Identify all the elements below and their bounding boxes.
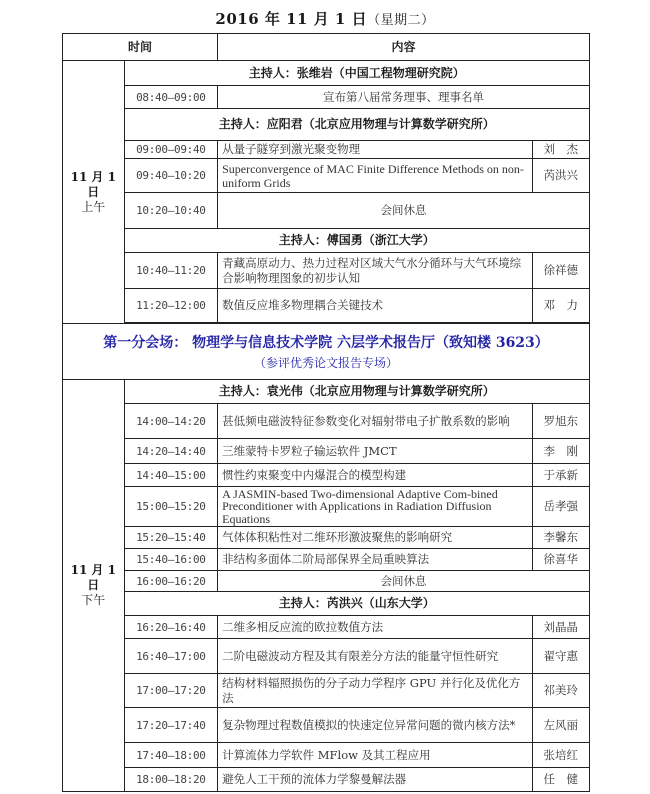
time-cell: 08:40—09:00 <box>124 86 218 109</box>
period-label: 下午 <box>67 593 120 608</box>
time-cell: 16:40—17:00 <box>124 639 218 674</box>
time-cell: 11:20—12:00 <box>124 289 218 323</box>
content-cell: 结构材料辐照损伤的分子动力学程序 GPU 并行化及优化方法 <box>218 674 532 708</box>
time-cell: 09:00—09:40 <box>124 141 218 159</box>
time-cell: 14:00—14:20 <box>124 404 218 439</box>
speaker-cell: 李馨东 <box>532 527 589 549</box>
content-cell: 惯性约束聚变中内爆混合的模型构建 <box>218 464 532 487</box>
break-row: 16:00—16:20 会间休息 <box>63 571 590 592</box>
table-row: 15:40—16:00 非结构多面体二阶局部保界全局重映算法 徐喜华 <box>63 549 590 571</box>
page-title: 2016 年 11 月 1 日（星期二） <box>0 8 650 29</box>
schedule-table: 时间 内容 11 月 1 日 上午 主持人：张维岩（中国工程物理研究院） 08:… <box>62 33 590 792</box>
speaker-cell: 罗旭东 <box>532 404 589 439</box>
time-cell: 14:20—14:40 <box>124 439 218 464</box>
speaker-cell: 翟守惠 <box>532 639 589 674</box>
break-cell: 会间休息 <box>218 571 590 592</box>
content-cell: 宣布第八届常务理事、理事名单 <box>218 86 590 109</box>
host-row: 主持人：应阳君（北京应用物理与计算数学研究所） <box>63 109 590 141</box>
table-row: 15:20—15:40 气体体积粘性对二维环形激波聚焦的影响研究 李馨东 <box>63 527 590 549</box>
table-row: 14:40—15:00 惯性约束聚变中内爆混合的模型构建 于承新 <box>63 464 590 487</box>
venue-banner: 第一分会场： 物理学与信息技术学院 六层学术报告厅（致知楼 3623） （参评优… <box>63 324 590 380</box>
table-row: 17:00—17:20 结构材料辐照损伤的分子动力学程序 GPU 并行化及优化方… <box>63 674 590 708</box>
content-cell: 甚低频电磁波特征参数变化对辐射带电子扩散系数的影响 <box>218 404 532 439</box>
speaker-cell: 岳孝强 <box>532 487 589 527</box>
table-header-row: 时间 内容 <box>63 34 590 61</box>
time-cell: 15:40—16:00 <box>124 549 218 571</box>
speaker-cell: 邓 力 <box>532 289 589 323</box>
banner-subtitle: （参评优秀论文报告专场） <box>67 354 585 372</box>
host-row: 11 月 1 日 上午 主持人：张维岩（中国工程物理研究院） <box>63 61 590 86</box>
table-row: 10:40—11:20 青藏高原动力、热力过程对区域大气水分循环与大气环境综合影… <box>63 253 590 289</box>
table-row: 11:20—12:00 数值反应堆多物理耦合关键技术 邓 力 <box>63 289 590 323</box>
table-row: 09:00—09:40 从量子隧穿到激光聚变物理 刘 杰 <box>63 141 590 159</box>
date-label: 11 月 1 日 <box>67 563 120 593</box>
session-host: 主持人：袁光伟（北京应用物理与计算数学研究所） <box>124 380 589 404</box>
session-host: 主持人：芮洪兴（山东大学） <box>124 592 589 616</box>
date-label: 11 月 1 日 <box>67 170 120 200</box>
table-row: 18:00—18:20 避免人工干预的流体力学黎曼解法器 任 健 <box>63 768 590 792</box>
time-cell: 10:40—11:20 <box>124 253 218 289</box>
speaker-cell: 于承新 <box>532 464 589 487</box>
table-row: 17:20—17:40 复杂物理过程数值模拟的快速定位异常问题的微内核方法* 左… <box>63 708 590 743</box>
table-row: 16:20—16:40 二维多相反应流的欧拉数值方法 刘晶晶 <box>63 616 590 639</box>
header-time: 时间 <box>63 34 218 61</box>
date-cell-afternoon: 11 月 1 日 下午 <box>63 380 125 792</box>
content-cell: 从量子隧穿到激光聚变物理 <box>218 141 532 159</box>
time-cell: 10:20—10:40 <box>124 193 218 229</box>
speaker-cell: 祁美玲 <box>532 674 589 708</box>
speaker-cell: 李 刚 <box>532 439 589 464</box>
content-cell: 复杂物理过程数值模拟的快速定位异常问题的微内核方法* <box>218 708 532 743</box>
speaker-cell: 刘晶晶 <box>532 616 589 639</box>
banner-cell: 第一分会场： 物理学与信息技术学院 六层学术报告厅（致知楼 3623） （参评优… <box>63 324 590 380</box>
break-cell: 会间休息 <box>218 193 590 229</box>
content-cell: 数值反应堆多物理耦合关键技术 <box>218 289 532 323</box>
speaker-cell: 芮洪兴 <box>532 159 589 193</box>
table-row: 14:00—14:20 甚低频电磁波特征参数变化对辐射带电子扩散系数的影响 罗旭… <box>63 404 590 439</box>
speaker-cell: 徐祥德 <box>532 253 589 289</box>
time-cell: 16:00—16:20 <box>124 571 218 592</box>
time-cell: 09:40—10:20 <box>124 159 218 193</box>
title-date: 2016 年 11 月 1 日 <box>215 10 367 28</box>
table-row: 09:40—10:20 Superconvergence of MAC Fini… <box>63 159 590 193</box>
speaker-cell: 张培红 <box>532 743 589 768</box>
content-cell: 避免人工干预的流体力学黎曼解法器 <box>218 768 532 792</box>
time-cell: 15:20—15:40 <box>124 527 218 549</box>
content-cell: A JASMIN-based Two-dimensional Adaptive … <box>218 487 532 527</box>
content-cell: 计算流体力学软件 MFlow 及其工程应用 <box>218 743 532 768</box>
break-row: 10:20—10:40 会间休息 <box>63 193 590 229</box>
table-row: 17:40—18:00 计算流体力学软件 MFlow 及其工程应用 张培红 <box>63 743 590 768</box>
table-row: 14:20—14:40 三维蒙特卡罗粒子输运软件 JMCT 李 刚 <box>63 439 590 464</box>
time-cell: 18:00—18:20 <box>124 768 218 792</box>
time-cell: 15:00—15:20 <box>124 487 218 527</box>
host-row: 主持人：芮洪兴（山东大学） <box>63 592 590 616</box>
period-label: 上午 <box>67 200 120 215</box>
speaker-cell: 任 健 <box>532 768 589 792</box>
time-cell: 16:20—16:40 <box>124 616 218 639</box>
content-cell: Superconvergence of MAC Finite Differenc… <box>218 159 532 193</box>
speaker-cell: 刘 杰 <box>532 141 589 159</box>
time-cell: 17:20—17:40 <box>124 708 218 743</box>
banner-title: 第一分会场： 物理学与信息技术学院 六层学术报告厅（致知楼 3623） <box>67 332 585 354</box>
host-row: 主持人：傅国勇（浙江大学） <box>63 229 590 253</box>
speaker-cell: 左风丽 <box>532 708 589 743</box>
session-host: 主持人：傅国勇（浙江大学） <box>124 229 589 253</box>
date-cell-morning: 11 月 1 日 上午 <box>63 61 125 324</box>
content-cell: 非结构多面体二阶局部保界全局重映算法 <box>218 549 532 571</box>
speaker-cell: 徐喜华 <box>532 549 589 571</box>
host-row: 11 月 1 日 下午 主持人：袁光伟（北京应用物理与计算数学研究所） <box>63 380 590 404</box>
table-row: 08:40—09:00 宣布第八届常务理事、理事名单 <box>63 86 590 109</box>
content-cell: 三维蒙特卡罗粒子输运软件 JMCT <box>218 439 532 464</box>
session-host: 主持人：张维岩（中国工程物理研究院） <box>124 61 589 86</box>
title-weekday: （星期二） <box>367 13 435 28</box>
content-cell: 二维多相反应流的欧拉数值方法 <box>218 616 532 639</box>
time-cell: 14:40—15:00 <box>124 464 218 487</box>
time-cell: 17:40—18:00 <box>124 743 218 768</box>
session-host: 主持人：应阳君（北京应用物理与计算数学研究所） <box>124 109 589 141</box>
content-cell: 气体体积粘性对二维环形激波聚焦的影响研究 <box>218 527 532 549</box>
content-cell: 青藏高原动力、热力过程对区域大气水分循环与大气环境综合影响物理图象的初步认知 <box>218 253 532 289</box>
table-row: 16:40—17:00 二阶电磁波动方程及其有限差分方法的能量守恒性研究 翟守惠 <box>63 639 590 674</box>
time-cell: 17:00—17:20 <box>124 674 218 708</box>
table-row: 15:00—15:20 A JASMIN-based Two-dimension… <box>63 487 590 527</box>
content-cell: 二阶电磁波动方程及其有限差分方法的能量守恒性研究 <box>218 639 532 674</box>
header-content: 内容 <box>218 34 590 61</box>
